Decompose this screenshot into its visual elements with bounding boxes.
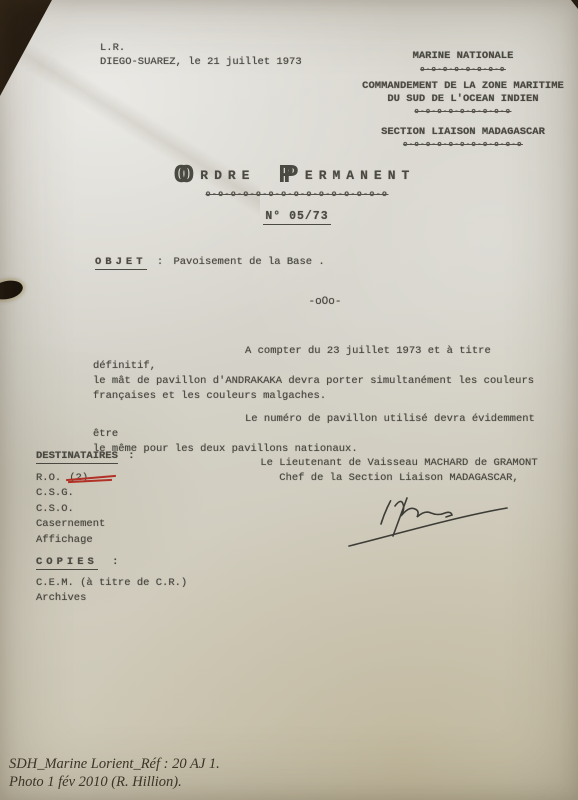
signature-scribble <box>335 484 535 554</box>
order-number: N° 05/73 <box>263 210 330 225</box>
title-initial-o: O <box>179 160 195 190</box>
recipient-item: C.S.G. <box>36 486 187 502</box>
letterhead-org-block: MARINE NATIONALE o-o-o-o-o-o-o-o COMMAND… <box>350 50 576 156</box>
document-title: ORDRE PERMANENT o-o-o-o-o-o-o-o-o-o-o-o-… <box>8 160 578 199</box>
objet-separator: : <box>157 256 163 268</box>
body-text: A compter du 23 juillet 1973 et à titre … <box>93 344 551 457</box>
org-line: SECTION LIAISON MADAGASCAR <box>350 126 576 139</box>
recipient-ro-row: R.O.(2) <box>36 471 187 487</box>
caption-credit: Photo 1 fév 2010 (R. Hillion). <box>9 774 220 792</box>
recipient-item: R.O. <box>36 472 61 484</box>
struck-note: (2) <box>69 471 88 487</box>
body-line: le mât de pavillon d'ANDRAKAKA devra por… <box>93 374 551 389</box>
caption-reference: SDH_Marine Lorient_Réf : 20 AJ 1. <box>9 756 220 774</box>
paragraph-1: A compter du 23 juillet 1973 et à titre … <box>93 344 551 404</box>
section-divider: -oOo- <box>8 296 578 308</box>
title-chain-rule: o-o-o-o-o-o-o-o-o-o-o-o-o-o-o <box>8 190 578 199</box>
copies-heading: COPIES : <box>36 555 187 571</box>
copies-item: C.E.M. (à titre de C.R.) <box>36 576 187 592</box>
copies-separator: : <box>112 556 118 568</box>
body-line: françaises et les couleurs malgaches. <box>93 389 551 404</box>
objet-label: OBJET <box>95 256 147 270</box>
place-date-line: DIEGO-SUAREZ, le 21 juillet 1973 <box>100 55 302 69</box>
title-word-ordre: RDRE <box>200 168 255 183</box>
recipient-item: Affichage <box>36 533 187 549</box>
org-line: MARINE NATIONALE <box>350 50 576 63</box>
archive-caption: SDH_Marine Lorient_Réf : 20 AJ 1. Photo … <box>9 756 220 791</box>
paper-fold-shading <box>0 0 260 240</box>
objet-text: Pavoisement de la Base . <box>173 256 324 268</box>
recipient-item: Casernement <box>36 517 187 533</box>
photographed-document: L.R. DIEGO-SUAREZ, le 21 juillet 1973 MA… <box>0 0 578 800</box>
chain-rule: o-o-o-o-o-o-o-o <box>350 64 576 77</box>
body-line: A compter du 23 juillet 1973 et à titre … <box>93 344 551 374</box>
recipients-label: DESTINATAIRES <box>36 450 118 464</box>
reference-mark: L.R. DIEGO-SUAREZ, le 21 juillet 1973 <box>100 41 302 69</box>
chain-rule: o-o-o-o-o-o-o-o-o <box>350 106 576 119</box>
recipient-item: C.S.O. <box>36 502 187 518</box>
order-number-wrap: N° 05/73 <box>8 206 578 225</box>
copies-item: Archives <box>36 591 187 607</box>
org-line: DU SUD DE L'OCEAN INDIEN <box>350 93 576 106</box>
org-group-section: SECTION LIAISON MADAGASCAR o-o-o-o-o-o-o… <box>350 126 576 152</box>
copies-label: COPIES <box>36 556 98 570</box>
title-word-permanent: ERMANENT <box>305 168 415 183</box>
signature-block: Le Lieutenant de Vaisseau MACHARD de GRA… <box>234 456 564 486</box>
ref-initials: L.R. <box>100 41 302 55</box>
recipients-heading: DESTINATAIRES : <box>36 449 187 465</box>
distribution-block: DESTINATAIRES : R.O.(2) C.S.G. C.S.O. Ca… <box>36 449 187 607</box>
body-line: Le numéro de pavillon utilisé devra évid… <box>93 412 551 442</box>
org-line: COMMANDEMENT DE LA ZONE MARITIME <box>350 80 576 93</box>
document-paper: L.R. DIEGO-SUAREZ, le 21 juillet 1973 MA… <box>0 0 578 800</box>
signatory-title: Le Lieutenant de Vaisseau MACHARD de GRA… <box>234 456 564 471</box>
title-initial-p: P <box>283 160 299 190</box>
objet-line: OBJET : Pavoisement de la Base . <box>95 256 325 268</box>
chain-rule: o-o-o-o-o-o-o-o-o-o-o <box>350 139 576 152</box>
recipients-separator: : <box>128 450 134 462</box>
org-group-marine: MARINE NATIONALE o-o-o-o-o-o-o-o <box>350 50 576 76</box>
org-group-commandement: COMMANDEMENT DE LA ZONE MARITIME DU SUD … <box>350 80 576 119</box>
